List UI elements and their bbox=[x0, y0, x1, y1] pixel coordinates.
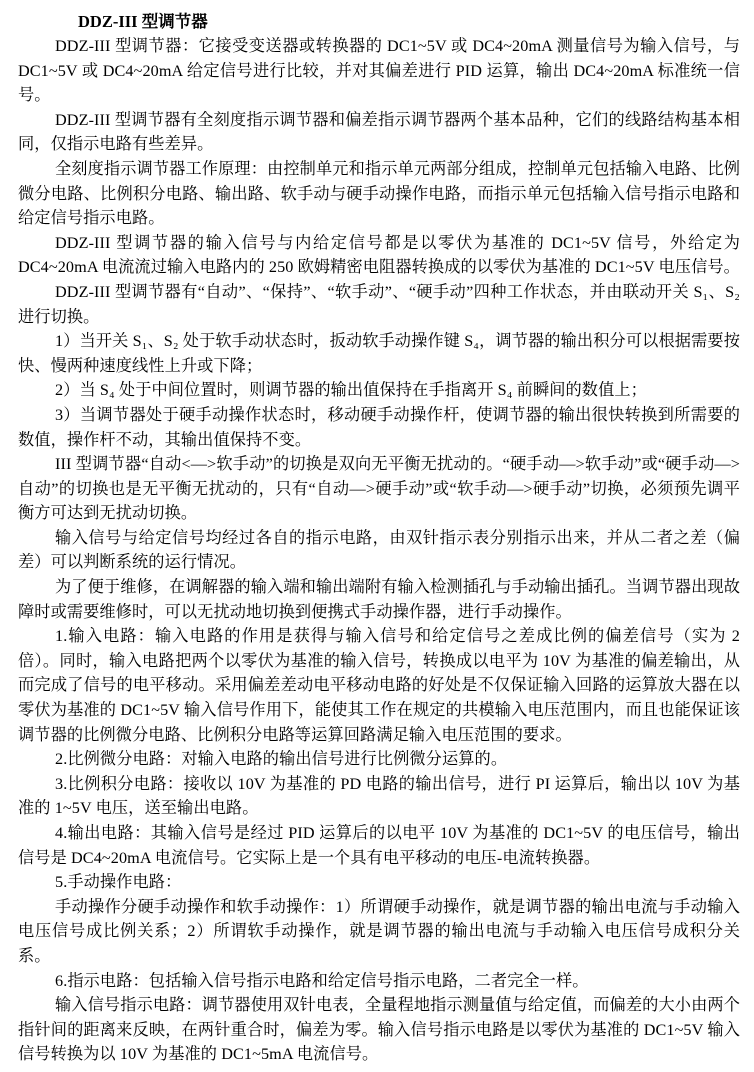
paragraph-input-indicator: 输入信号指示电路：调节器使用双针电表，全量程地指示测量值与给定值，而偏差的大小由… bbox=[18, 993, 740, 1067]
document-title: DDZ-III 型调节器 bbox=[78, 8, 740, 34]
paragraph-maintenance: 为了便于维修，在调解器的输入端和输出端附有输入检测插孔与手动输出插孔。当调节器出… bbox=[18, 575, 740, 624]
paragraph-pd-circuit: 2.比例微分电路：对输入电路的输出信号进行比例微分运算的。 bbox=[18, 747, 740, 772]
paragraph-intro: DDZ-III 型调节器：它接受变送器或转换器的 DC1~5V 或 DC4~20… bbox=[18, 34, 740, 108]
paragraph-input-signals: DDZ-III 型调节器的输入信号与内给定信号都是以零伏为基准的 DC1~5V … bbox=[18, 231, 740, 280]
paragraph-manual-circuit-heading: 5.手动操作电路： bbox=[18, 870, 740, 895]
paragraph-soft-manual: 1）当开关 S₁、S₂ 处于软手动状态时，扳动软手动操作键 S₄，调节器的输出积… bbox=[18, 329, 740, 378]
paragraph-output-circuit: 4.输出电路：其输入信号是经过 PID 运算后的以电平 10V 为基准的 DC1… bbox=[18, 821, 740, 870]
paragraph-working-principle: 全刻度指示调节器工作原理：由控制单元和指示单元两部分组成，控制单元包括输入电路、… bbox=[18, 157, 740, 231]
paragraph-pi-circuit: 3.比例积分电路：接收以 10V 为基准的 PD 电路的输出信号，进行 PI 运… bbox=[18, 772, 740, 821]
paragraph-varieties: DDZ-III 型调节器有全刻度指示调节器和偏差指示调节器两个基本品种，它们的线… bbox=[18, 108, 740, 157]
document-page: DDZ-III 型调节器 DDZ-III 型调节器：它接受变送器或转换器的 DC… bbox=[0, 0, 754, 1067]
paragraph-input-circuit: 1.输入电路：输入电路的作用是获得与输入信号和给定信号之差成比例的偏差信号（实为… bbox=[18, 624, 740, 747]
paragraph-manual-operation: 手动操作分硬手动操作和软手动操作：1）所谓硬手动操作，就是调节器的输出电流与手动… bbox=[18, 895, 740, 969]
paragraph-indication: 输入信号与给定信号均经过各自的指示电路，由双针指示表分别指示出来，并从二者之差（… bbox=[18, 526, 740, 575]
paragraph-indicator-circuit: 6.指示电路：包括输入信号指示电路和给定信号指示电路，二者完全一样。 bbox=[18, 969, 740, 994]
paragraph-switching: III 型调节器“自动<—>软手动”的切换是双向无平衡无扰动的。“硬手动—>软手… bbox=[18, 452, 740, 526]
paragraph-hard-manual: 3）当调节器处于硬手动操作状态时，移动硬手动操作杆，使调节器的输出很快转换到所需… bbox=[18, 403, 740, 452]
paragraph-work-states: DDZ-III 型调节器有“自动”、“保持”、“软手动”、“硬手动”四种工作状态… bbox=[18, 280, 740, 329]
paragraph-hold: 2）当 S₄ 处于中间位置时，则调节器的输出值保持在手指离开 S₄ 前瞬间的数值… bbox=[18, 378, 740, 403]
